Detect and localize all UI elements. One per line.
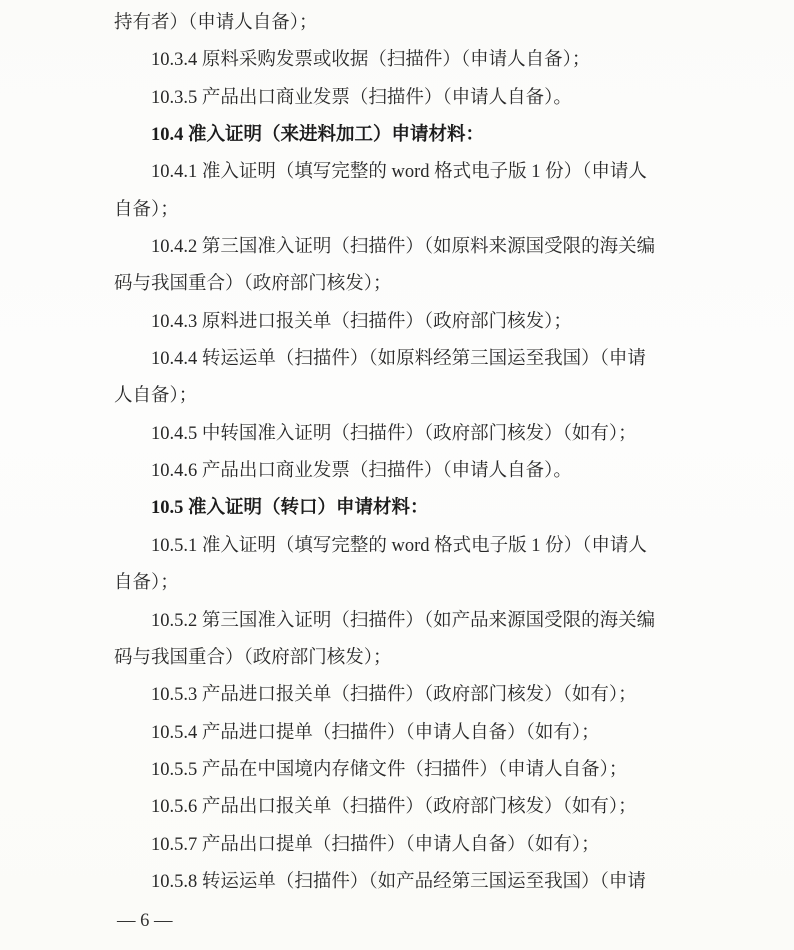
document-paragraph: 持有者）（申请人自备）； <box>114 5 718 42</box>
document-paragraph: 10.5 准入证明（转口）申请材料： <box>114 490 718 527</box>
document-paragraph: 10.4.2 第三国准入证明（扫描件）（如原料来源国受限的海关编 码与我国重合）… <box>114 229 718 304</box>
document-page: 持有者）（申请人自备）；10.3.4 原料采购发票或收据（扫描件）（申请人自备）… <box>0 0 794 950</box>
document-paragraph: 10.5.5 产品在中国境内存储文件（扫描件）（申请人自备）； <box>114 752 718 789</box>
document-paragraph: 10.4 准入证明（来进料加工）申请材料： <box>114 117 718 154</box>
document-paragraph: 10.5.8 转运运单（扫描件）（如产品经第三国运至我国）（申请 <box>114 864 718 901</box>
document-paragraph: 10.5.4 产品进口提单（扫描件）（申请人自备）（如有）； <box>114 715 718 752</box>
document-paragraph: 10.4.4 转运运单（扫描件）（如原料经第三国运至我国）（申请 人自备）； <box>114 341 718 416</box>
page-number: — 6 — <box>117 911 173 931</box>
document-paragraph: 10.5.2 第三国准入证明（扫描件）（如产品来源国受限的海关编 码与我国重合）… <box>114 603 718 678</box>
document-paragraph: 10.3.5 产品出口商业发票（扫描件）（申请人自备）。 <box>114 80 718 117</box>
document-paragraph: 10.5.6 产品出口报关单（扫描件）（政府部门核发）（如有）； <box>114 789 718 826</box>
document-paragraph: 10.4.1 准入证明（填写完整的 word 格式电子版 1 份）（申请人 自备… <box>114 154 718 229</box>
document-body: 持有者）（申请人自备）；10.3.4 原料采购发票或收据（扫描件）（申请人自备）… <box>114 5 718 901</box>
document-paragraph: 10.5.7 产品出口提单（扫描件）（申请人自备）（如有）； <box>114 827 718 864</box>
document-paragraph: 10.4.6 产品出口商业发票（扫描件）（申请人自备）。 <box>114 453 718 490</box>
document-paragraph: 10.5.1 准入证明（填写完整的 word 格式电子版 1 份）（申请人 自备… <box>114 528 718 603</box>
document-paragraph: 10.4.5 中转国准入证明（扫描件）（政府部门核发）（如有）； <box>114 416 718 453</box>
document-paragraph: 10.4.3 原料进口报关单（扫描件）（政府部门核发）； <box>114 304 718 341</box>
page-footer: — 6 — <box>117 906 173 936</box>
document-paragraph: 10.5.3 产品进口报关单（扫描件）（政府部门核发）（如有）； <box>114 677 718 714</box>
document-paragraph: 10.3.4 原料采购发票或收据（扫描件）（申请人自备）； <box>114 42 718 79</box>
